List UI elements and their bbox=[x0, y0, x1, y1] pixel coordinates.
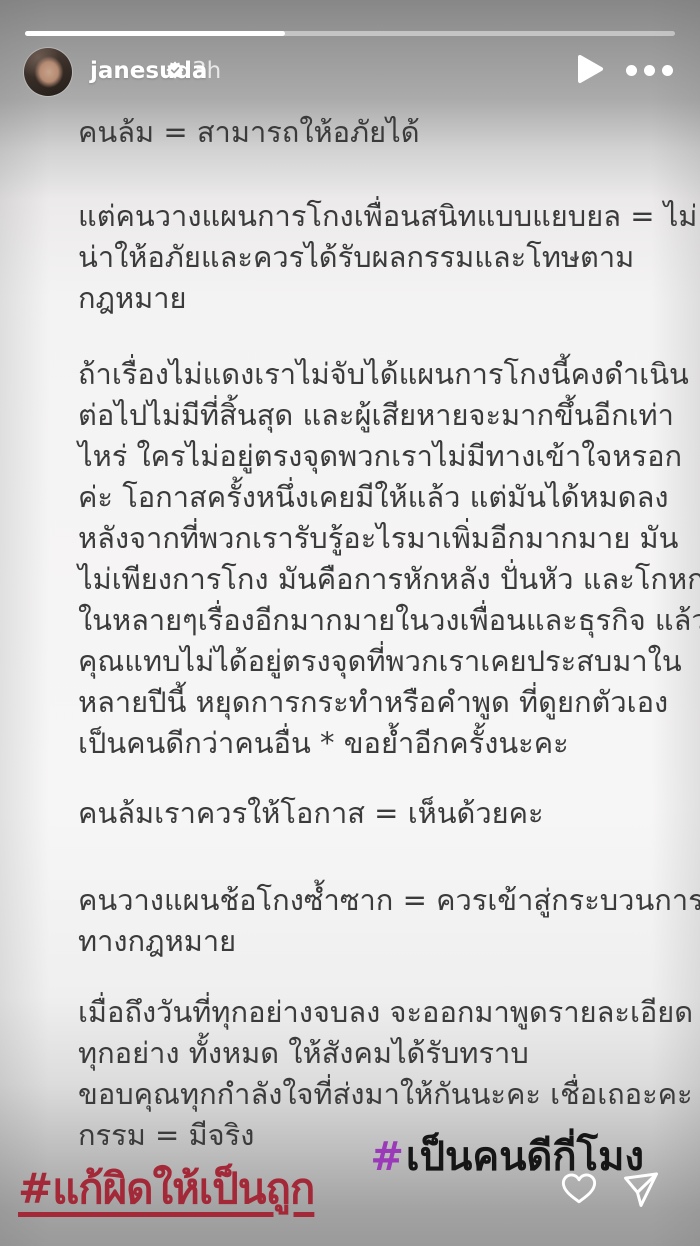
text-line: แต่คนวางแผนการโกงเพื่อนสนิทแบบแยบยล = ไม… bbox=[78, 196, 638, 237]
play-icon[interactable] bbox=[576, 54, 604, 84]
more-options-icon[interactable] bbox=[626, 64, 676, 76]
text-line: ถ้าเรื่องไม่แดงเราไม่จับได้แผนการโกงนี้ค… bbox=[78, 354, 638, 395]
text-line: หลังจากที่พวกเรารับรู้อะไรมาเพิ่มอีกมากม… bbox=[78, 518, 638, 559]
text-line: หลายปีนี้ หยุดการกระทำหรือคำพูด ที่ดูยกต… bbox=[78, 682, 638, 723]
story-header: janesuda 3h bbox=[0, 44, 700, 104]
hashtag-sticker-left[interactable]: #แก้ผิดให้เป็นถูก bbox=[18, 1156, 314, 1222]
timestamp: 3h bbox=[192, 58, 221, 84]
text-line: ในหลายๆเรื่องอีกมากมายในวงเพื่อนและธุรกิ… bbox=[78, 600, 638, 641]
text-line: เมื่อถึงวันที่ทุกอย่างจบลง จะออกมาพูดราย… bbox=[78, 992, 638, 1033]
hashtag-text: เป็นคนดีกี่โมง bbox=[406, 1134, 644, 1180]
dot bbox=[644, 65, 655, 76]
text-line: ทางกฎหมาย bbox=[78, 921, 638, 962]
text-line: ค่ะ โอกาสครั้งหนึ่งเคยมีให้แล้ว แต่มันได… bbox=[78, 477, 638, 518]
paragraph: ถ้าเรื่องไม่แดงเราไม่จับได้แผนการโกงนี้ค… bbox=[78, 354, 638, 764]
dot bbox=[626, 65, 637, 76]
text-line: คนล้มเราควรให้โอกาส = เห็นด้วยคะ bbox=[78, 793, 638, 834]
username[interactable]: janesuda bbox=[90, 58, 207, 84]
text-line: ทุกอย่าง ทั้งหมด ให้สังคมได้รับทราบ bbox=[78, 1033, 638, 1074]
text-line: ต่อไปไม่มีที่สิ้นสุด และผู้เสียหายจะมากข… bbox=[78, 395, 638, 436]
paragraph: คนล้ม = สามารถให้อภัยได้ bbox=[78, 112, 638, 153]
story-progress-fill bbox=[25, 31, 285, 36]
paragraph: คนล้มเราควรให้โอกาส = เห็นด้วยคะ bbox=[78, 793, 638, 834]
verified-badge-icon bbox=[166, 61, 184, 79]
paper-plane-icon[interactable] bbox=[622, 1171, 660, 1209]
paragraph: คนวางแผนช้อโกงซ้ำซาก = ควรเข้าสู่กระบวนก… bbox=[78, 880, 638, 962]
text-line: ขอบคุณทุกกำลังใจที่ส่งมาให้กันนะคะ เชื่อ… bbox=[78, 1074, 638, 1115]
avatar[interactable] bbox=[24, 48, 72, 96]
hashtag-sticker-right[interactable]: #เป็นคนดีกี่โมง bbox=[370, 1124, 644, 1188]
text-line: กฎหมาย bbox=[78, 278, 638, 319]
instagram-story-view: janesuda 3h คนล้ม = สามารถให้อภัยได้ แต่… bbox=[0, 0, 700, 1246]
text-line: คนล้ม = สามารถให้อภัยได้ bbox=[78, 112, 638, 153]
heart-icon[interactable] bbox=[560, 1171, 598, 1209]
dot bbox=[662, 65, 673, 76]
text-line: ไม่เพียงการโกง มันคือการหักหลัง ปั่นหัว … bbox=[78, 559, 638, 600]
hash-symbol: # bbox=[370, 1134, 406, 1180]
story-progress-bar bbox=[25, 31, 675, 36]
paragraph: แต่คนวางแผนการโกงเพื่อนสนิทแบบแยบยล = ไม… bbox=[78, 196, 638, 319]
text-line: คนวางแผนช้อโกงซ้ำซาก = ควรเข้าสู่กระบวนก… bbox=[78, 880, 638, 921]
text-line: ไหร่ ใครไม่อยู่ตรงจุดพวกเราไม่มีทางเข้าใ… bbox=[78, 436, 638, 477]
text-line: น่าให้อภัยและควรได้รับผลกรรมและโทษตาม bbox=[78, 237, 638, 278]
text-line: เป็นคนดีกว่าคนอื่น * ขอย้ำอีกครั้งนะคะ bbox=[78, 723, 638, 764]
text-line: คุณแทบไม่ได้อยู่ตรงจุดที่พวกเราเคยประสบม… bbox=[78, 641, 638, 682]
